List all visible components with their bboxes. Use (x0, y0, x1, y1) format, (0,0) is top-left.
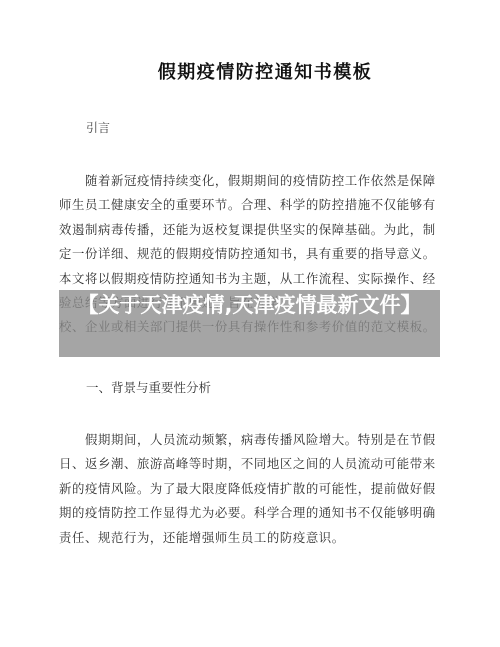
intro-label: 引言 (86, 120, 110, 136)
document-title: 假期疫情防控通知书模板 (0, 62, 500, 84)
paragraph-line: 随着新冠疫情持续变化，假期期间的疫情防控工作依然是保障 (59, 169, 443, 193)
paragraph-line: 师生员工健康安全的重要环节。合理、科学的防控措施不仅能够有 (59, 193, 443, 217)
section-paragraph: 假期期间，人员流动频繁，病毒传播风险增大。特别是在节假 日、返乡潮、旅游高峰等时… (59, 428, 443, 550)
paragraph-line: 本文将以假期疫情防控通知书为主题，从工作流程、实际操作、经 (59, 267, 443, 291)
document-page: 假期疫情防控通知书模板 引言 随着新冠疫情持续变化，假期期间的疫情防控工作依然是… (0, 0, 500, 647)
overlay-title: 【关于天津疫情,天津疫情最新文件】 (59, 293, 440, 317)
paragraph-line: 效遏制病毒传播，还能为返校复课提供坚实的保障基础。为此，制 (59, 218, 443, 242)
paragraph-line: 日、返乡潮、旅游高峰等时期，不同地区之间的人员流动可能带来 (59, 452, 443, 476)
paragraph-line: 假期期间，人员流动频繁，病毒传播风险增大。特别是在节假 (59, 428, 443, 452)
section-heading: 一、背景与重要性分析 (86, 380, 211, 396)
paragraph-line: 期的疫情防控工作显得尤为必要。科学合理的通知书不仅能够明确 (59, 501, 443, 525)
paragraph-line: 责任、规范行为，还能增强师生员工的防疫意识。 (59, 526, 443, 550)
paragraph-line: 定一份详细、规范的假期疫情防控通知书，具有重要的指导意义。 (59, 242, 443, 266)
paragraph-line: 新的疫情风险。为了最大限度降低疫情扩散的可能性，提前做好假 (59, 477, 443, 501)
